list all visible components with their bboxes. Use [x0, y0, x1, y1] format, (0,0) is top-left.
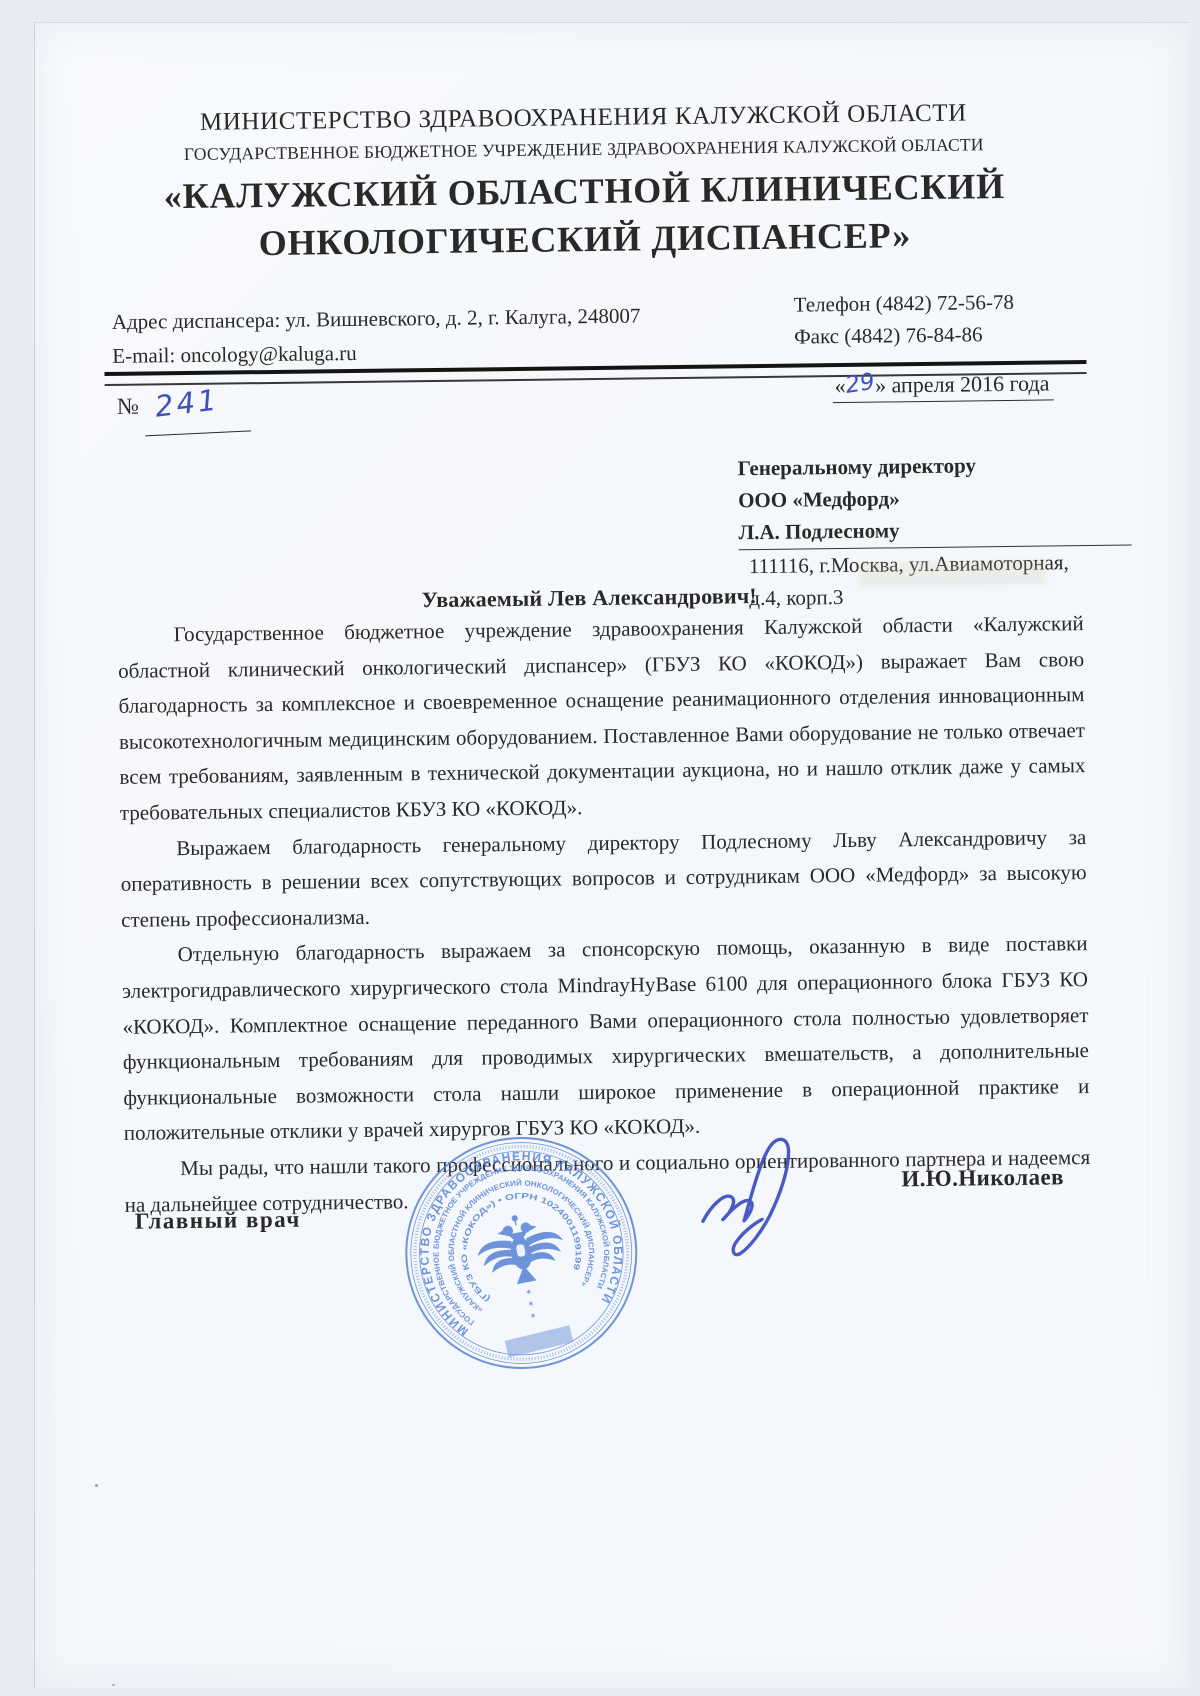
recipient-name: Л.А. Подлесному [738, 511, 1131, 550]
stamp-star-3: ✶ [529, 1311, 537, 1321]
outgoing-number-label: № [117, 394, 139, 420]
official-round-stamp: МИНИСТЕРСТВО ЗДРАВООХРАНЕНИЯ КАЛУЖСКОЙ О… [400, 1132, 643, 1375]
dispensary-fax: Факс (4842) 76-84-86 [794, 318, 1015, 353]
outgoing-number-handwritten: 241 [153, 382, 221, 423]
stamp-star-1: ✶ [525, 1287, 533, 1297]
dispensary-address: Адрес диспансера: ул. Вишневского, д. 2,… [112, 298, 641, 338]
signature-stroke [697, 1139, 797, 1257]
contact-block-right: Телефон (4842) 72-56-78 Факс (4842) 76-8… [794, 286, 1015, 353]
organization-name: «КАЛУЖСКИЙ ОБЛАСТНОЙ КЛИНИЧЕСКИЙ ОНКОЛОГ… [0, 161, 1177, 270]
double-headed-eagle-icon [473, 1208, 569, 1290]
recipient-company: ООО «Медфорд» [738, 479, 1138, 516]
stamp-star-2: ✶ [527, 1299, 535, 1309]
institution-line: ГОСУДАРСТВЕННОЕ БЮДЖЕТНОЕ УЧРЕЖДЕНИЕ ЗДР… [0, 132, 1176, 167]
body-paragraph-1: Государственное бюджетное учреждение здр… [117, 606, 1086, 831]
date-day-handwritten: 29 [844, 369, 877, 399]
signer-title: Главный врач [135, 1207, 301, 1235]
outgoing-number-underline [145, 430, 251, 436]
stamp-svg: МИНИСТЕРСТВО ЗДРАВООХРАНЕНИЯ КАЛУЖСКОЙ О… [400, 1132, 643, 1375]
recipient-position: Генеральному директору [738, 447, 1138, 484]
letter-content: МИНИСТЕРСТВО ЗДРАВООХРАНЕНИЯ КАЛУЖСКОЙ О… [0, 0, 1200, 1696]
contact-block-left: Адрес диспансера: ул. Вишневского, д. 2,… [112, 298, 641, 372]
letter-date: «29» апреля 2016 года [833, 370, 1054, 403]
signer-name: И.Ю.Николаев [901, 1164, 1064, 1192]
body-paragraph-3: Отдельную благодарность выражаем за спон… [121, 926, 1090, 1151]
letterhead: МИНИСТЕРСТВО ЗДРАВООХРАНЕНИЯ КАЛУЖСКОЙ О… [0, 97, 1177, 270]
stamp-ink-smudge [505, 1325, 574, 1357]
scanned-letter: МИНИСТЕРСТВО ЗДРАВООХРАНЕНИЯ КАЛУЖСКОЙ О… [0, 0, 1200, 1696]
letter-body: Государственное бюджетное учреждение здр… [117, 606, 1090, 1223]
handwritten-signature [687, 1129, 845, 1277]
signature-svg [687, 1129, 845, 1277]
date-rest: » апреля 2016 года [875, 370, 1050, 397]
body-paragraph-2: Выражаем благодарность генеральному дире… [120, 820, 1087, 939]
ministry-line: МИНИСТЕРСТВО ЗДРАВООХРАНЕНИЯ КАЛУЖСКОЙ О… [0, 97, 1176, 139]
dispensary-phone: Телефон (4842) 72-56-78 [794, 286, 1015, 321]
